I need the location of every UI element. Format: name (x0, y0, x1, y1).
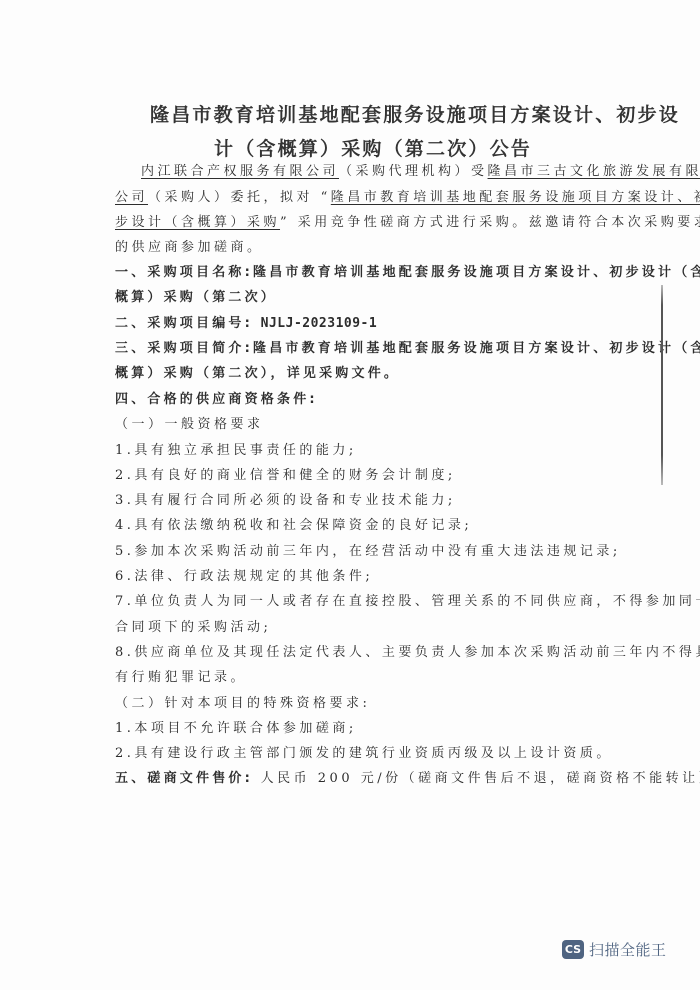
scan-artifact-line (661, 285, 663, 485)
intro-line-2: 公司（采购人）委托，拟对 “隆昌市教育培训基地配套服务设施项目方案设计、初 (115, 189, 585, 207)
section1-value: 隆昌市教育培训基地配套服务设施项目方案设计、初步设计（含 (253, 265, 700, 280)
project-name-part2: 步设计（含概算）采购 (115, 215, 280, 230)
purchaser-name-part2: 公司 (115, 190, 148, 205)
general-item: 7.单位负责人为同一人或者存在直接控股、管理关系的不同供应商，不得参加同一 (115, 593, 585, 611)
project-name-part1: 隆昌市教育培训基地配套服务设施项目方案设计、初 (331, 190, 700, 205)
general-item: 2.具有良好的商业信誉和健全的财务会计制度; (115, 467, 585, 485)
section1-label: 一、采购项目名称: (115, 265, 253, 280)
general-item: 1.具有独立承担民事责任的能力; (115, 442, 585, 460)
section5-line: 五、磋商文件售价: 人民币 200 元/份（磋商文件售后不退，磋商资格不能转让）… (115, 770, 585, 788)
section5-label: 五、磋商文件售价: (115, 771, 253, 786)
section1-line2: 概算）采购（第二次） (115, 289, 585, 307)
section2-label: 二、采购项目编号: (115, 316, 253, 331)
general-item: 5.参加本次采购活动前三年内，在经营活动中没有重大违法违规记录; (115, 543, 585, 561)
intro-line-1: 内江联合产权服务有限公司（采购代理机构）受隆昌市三古文化旅游发展有限 (115, 163, 611, 181)
section3-line2: 概算）采购（第二次），详见采购文件。 (115, 365, 585, 383)
general-requirements-heading: （一）一般资格要求 (115, 416, 585, 434)
camscanner-logo-icon: CS (562, 940, 584, 959)
camscanner-watermark: CS 扫描全能王 (562, 939, 667, 960)
general-item: 4.具有依法缴纳税收和社会保障资金的良好记录; (115, 517, 585, 535)
section4-label: 四、合格的供应商资格条件: (115, 391, 585, 409)
purchaser-role: （采购人）委托，拟对 “ (148, 190, 331, 205)
camscanner-label: 扫描全能王 (589, 939, 667, 960)
document-price: 人民币 200 元/份（磋商文件售后不退，磋商资格不能转让）。 (261, 771, 700, 786)
scanned-page: 隆昌市教育培训基地配套服务设施项目方案设计、初步设 计（含概算）采购（第二次）公… (0, 0, 700, 990)
section3-label: 三、采购项目简介: (115, 341, 253, 356)
intro-method: ” 采用竞争性磋商方式进行采购。兹邀请符合本次采购要求 (280, 215, 700, 230)
general-item: 6.法律、行政法规规定的其他条件; (115, 568, 585, 586)
special-requirements-heading: （二）针对本项目的特殊资格要求: (115, 695, 585, 713)
special-item: 1.本项目不允许联合体参加磋商; (115, 720, 585, 738)
section3-value: 隆昌市教育培训基地配套服务设施项目方案设计、初步设计（含 (253, 341, 700, 356)
project-number: NJLJ-2023109-1 (261, 316, 378, 331)
document-title-line2: 计（含概算）采购（第二次）公告 (214, 134, 532, 161)
general-item: 8.供应商单位及其现任法定代表人、主要负责人参加本次采购活动前三年内不得具 (115, 644, 585, 662)
document-title-line1: 隆昌市教育培训基地配套服务设施项目方案设计、初步设 (150, 100, 680, 127)
agency-name: 内江联合产权服务有限公司 (141, 164, 339, 179)
section3-line1: 三、采购项目简介:隆昌市教育培训基地配套服务设施项目方案设计、初步设计（含 (115, 340, 585, 358)
purchaser-name-part1: 隆昌市三古文化旅游发展有限 (488, 164, 700, 179)
intro-line-3: 步设计（含概算）采购” 采用竞争性磋商方式进行采购。兹邀请符合本次采购要求 (115, 214, 585, 232)
section1-line1: 一、采购项目名称:隆昌市教育培训基地配套服务设施项目方案设计、初步设计（含 (115, 264, 585, 282)
general-item-continued: 有行贿犯罪记录。 (115, 669, 585, 687)
general-item: 3.具有履行合同所必须的设备和专业技术能力; (115, 492, 585, 510)
agency-role: （采购代理机构）受 (339, 164, 488, 179)
section2-line: 二、采购项目编号: NJLJ-2023109-1 (115, 315, 585, 333)
intro-line-4: 的供应商参加磋商。 (115, 239, 585, 257)
special-item: 2.具有建设行政主管部门颁发的建筑行业资质丙级及以上设计资质。 (115, 745, 585, 763)
general-item-continued: 合同项下的采购活动; (115, 619, 585, 637)
